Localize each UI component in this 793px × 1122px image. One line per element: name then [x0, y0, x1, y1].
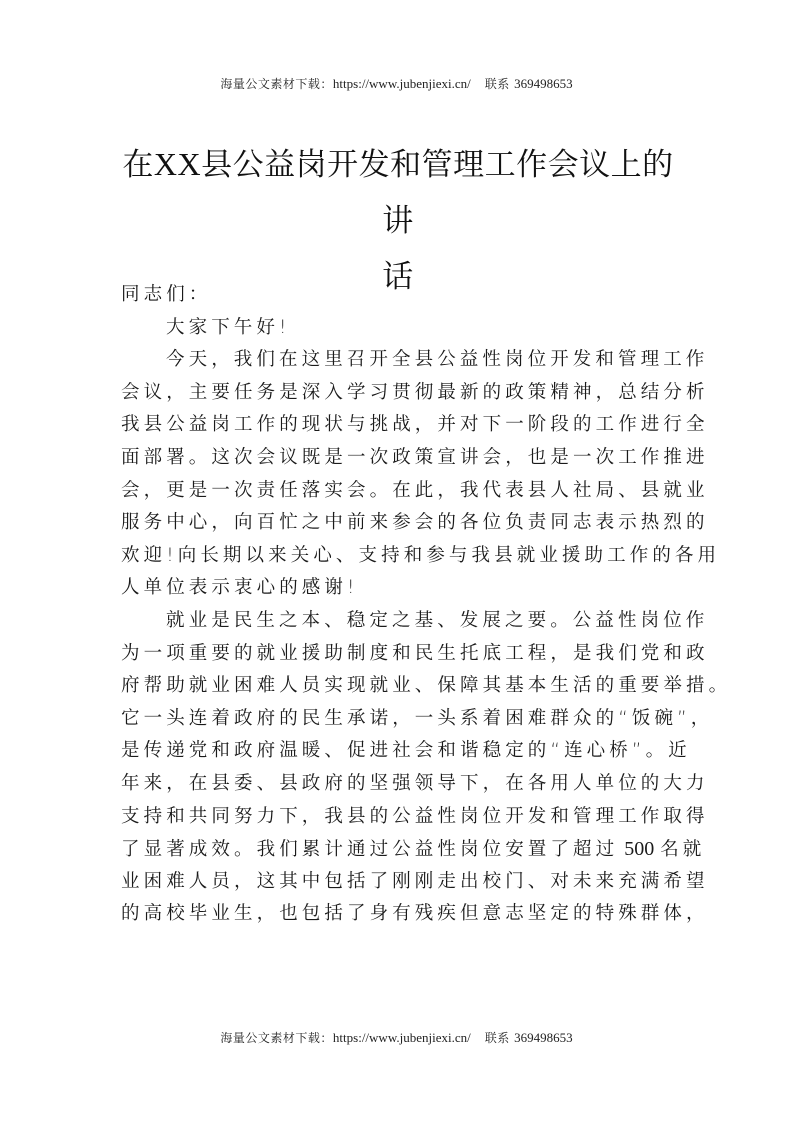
title-latin: XX — [154, 146, 201, 182]
header-contact-label: 联系 — [485, 77, 510, 91]
body-line: 人单位表示衷心的感谢! — [121, 572, 681, 605]
body-text-segment: 名就 — [660, 839, 705, 860]
footer-label: 海量公文素材下载： — [220, 1031, 333, 1045]
body-line: 是传递党和政府温暖、促进社会和谐稳定的“连心桥”。近 — [121, 735, 681, 768]
body-line: 今天，我们在这里召开全县公益性岗位开发和管理工作 — [121, 344, 681, 377]
header-contact-number: 369498653 — [514, 76, 573, 91]
body-line: 业困难人员，这其中包括了刚刚走出校门、对未来充满希望 — [121, 866, 681, 899]
document-body: 同志们： 大家下午好! 今天，我们在这里召开全县公益性岗位开发和管理工作 会议，… — [121, 279, 681, 931]
greeting: 大家下午好! — [121, 312, 681, 345]
body-line: 服务中心，向百忙之中前来参会的各位负责同志表示热烈的 — [121, 507, 681, 540]
body-line: 的高校毕业生，也包括了身有残疾但意志坚定的特殊群体， — [121, 898, 681, 931]
title-prefix: 在 — [122, 147, 154, 183]
page-footer: 海量公文素材下载：https://www.jubenjiexi.cn/联系 36… — [0, 1029, 793, 1046]
salutation: 同志们： — [121, 279, 681, 312]
body-line: 它一头连着政府的民生承诺，一头系着困难群众的“饭碗”， — [121, 703, 681, 736]
page-header: 海量公文素材下载：https://www.jubenjiexi.cn/联系 36… — [0, 75, 793, 92]
footer-url-link[interactable]: https://www.jubenjiexi.cn/ — [333, 1030, 471, 1045]
header-label: 海量公文素材下载： — [220, 77, 333, 91]
footer-contact-number: 369498653 — [514, 1030, 573, 1045]
body-line: 年来，在县委、县政府的坚强领导下，在各用人单位的大力 — [121, 768, 681, 801]
count-value: 500 — [624, 838, 654, 860]
header-url-link[interactable]: https://www.jubenjiexi.cn/ — [333, 76, 471, 91]
title-rest: 县公益岗开发和管理工作会议上的讲 — [201, 147, 674, 239]
body-line: 面部署。这次会议既是一次政策宣讲会，也是一次工作推进 — [121, 442, 681, 475]
footer-contact-label: 联系 — [485, 1031, 510, 1045]
body-line: 府帮助就业困难人员实现就业、保障其基本生活的重要举措。 — [121, 670, 681, 703]
title-line-1: 在XX县公益岗开发和管理工作会议上的讲 — [118, 136, 678, 249]
body-line: 了显著成效。我们累计通过公益性岗位安置了超过500名就 — [121, 833, 681, 866]
body-line: 欢迎!向长期以来关心、支持和参与我县就业援助工作的各用 — [121, 540, 681, 573]
body-line: 就业是民生之本、稳定之基、发展之要。公益性岗位作 — [121, 605, 681, 638]
body-line: 支持和共同努力下，我县的公益性岗位开发和管理工作取得 — [121, 801, 681, 834]
body-text-segment: 了显著成效。我们累计通过公益性岗位安置了超过 — [121, 839, 618, 860]
body-line: 我县公益岗工作的现状与挑战，并对下一阶段的工作进行全 — [121, 409, 681, 442]
body-line: 会议，主要任务是深入学习贯彻最新的政策精神，总结分析 — [121, 377, 681, 410]
body-line: 为一项重要的就业援助制度和民生托底工程，是我们党和政 — [121, 638, 681, 671]
body-line: 会，更是一次责任落实会。在此，我代表县人社局、县就业 — [121, 475, 681, 508]
